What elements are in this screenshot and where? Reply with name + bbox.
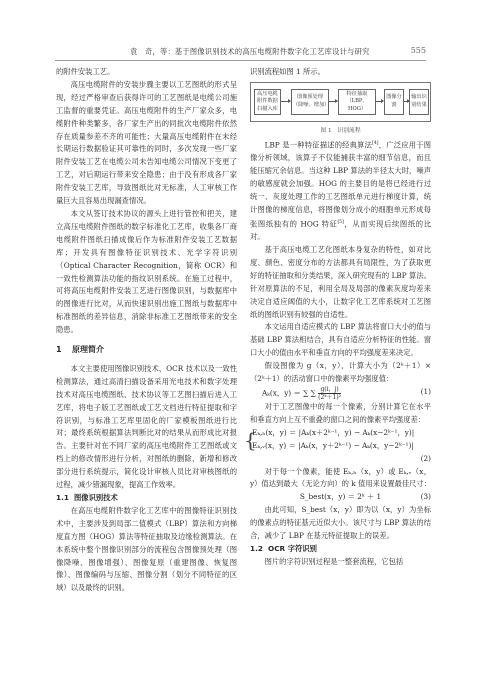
paragraph: 图片的字符识别过程是一整套流程，它包括 <box>250 556 431 569</box>
equation-3: S_best(x，y) ＝ 2ᵏ ＋ 1 (3) <box>250 491 431 504</box>
paragraph: 由此可知，S_best（x，y）即为以（x，y）为坐标的像素点的特征基元近似大小… <box>250 504 431 543</box>
paragraph: 高压电缆附件的安装步骤主要以工艺图纸的形式呈现，经过严格审查后获得许可的工艺图纸… <box>56 79 237 208</box>
paragraph: 假设图像为 g（x，y），计算大小为（2ᵏ＋1）×（2ᵏ＋1）的活动窗口中的像素… <box>250 360 431 386</box>
paragraph: 本文从签订技术协议的源头上进行管控和把关，建立高压电缆附件图纸的数字标准化工艺库… <box>56 208 237 337</box>
equation-2: { Eₖ,ₕ(x，y) ＝ |Aₖ(x＋2ᵏ⁻¹，y) − Aₖ(x−2ᵏ⁻¹，… <box>250 427 431 466</box>
paragraph: 对于工艺图像中的每一个像素，分别计算它在水平和垂直方向上互不重叠的窗口之间的像素… <box>250 401 431 427</box>
equation-line: Eₖ,ₕ(x，y) ＝ |Aₖ(x＋2ᵏ⁻¹，y) − Aₖ(x−2ᵏ⁻¹，y)… <box>252 427 431 440</box>
section-number: 1.1 <box>56 492 74 505</box>
text-run: LBP 是一种特征描述的经典算法 <box>265 140 373 149</box>
arrow-icon <box>329 101 337 102</box>
paragraph: 对于每一个像素，能使 Eₖ,ₕ（x，y）或 Eₖ,ᵥ（x，y）值达到最大（无论方… <box>250 466 431 492</box>
section-title: 原理简介 <box>72 345 104 354</box>
section-heading-1-2: 1.2OCR 字符识别 <box>250 543 431 556</box>
flow-box-output: 输出识别结果 <box>409 89 429 115</box>
figure-caption: 图 1 识别流程 <box>250 126 431 136</box>
equation-number: (1) <box>421 386 431 399</box>
paragraph: 基于高压电缆工艺化图纸本身复杂的特性，如对比度、颜色、密度分布的方法都具有局限性… <box>250 244 431 321</box>
right-column: 识别流程如图 1 所示。 高压电缆附件数据扫描入库 图像预处理（降噪、增加） 特… <box>250 66 431 569</box>
equation-fraction: g(i，j)(2ᵏ＋1)² <box>318 386 341 401</box>
running-header: 袁 奇，等：基于图像识别技术的高压电缆附件数字化工艺库设计与研究 555 <box>55 47 426 61</box>
equation-number: (2) <box>252 453 431 466</box>
text-run: ，广泛应用于图像分析领域，该算子不仅能捕获丰富的细节信息，而且能压缩冗余信息。当… <box>250 140 431 228</box>
section-heading-1: 1原理简介 <box>56 344 237 357</box>
paragraph: 本文运用自适应模式的 LBP 算法将窗口大小的值与基础 LBP 算法相结合，具有… <box>250 321 431 360</box>
flow-box-feature-extraction: 特征抽取（LBP、HOG） <box>338 89 376 115</box>
section-heading-1-1: 1.1图像识别技术 <box>56 492 237 505</box>
flow-box-scan-input: 高压电缆附件数据扫描入库 <box>254 89 281 115</box>
left-column: 的附件安装工艺。 高压电缆附件的安装步骤主要以工艺图纸的形式呈现，经过严格审查后… <box>56 66 237 595</box>
equation-expr: S_best(x，y) ＝ 2ᵏ ＋ 1 <box>300 492 381 501</box>
numerator: g(i，j) <box>318 386 341 394</box>
section-number: 1 <box>56 344 72 357</box>
equation-1: Aₖ(x，y) ＝ ∑ ∑ g(i，j)(2ᵏ＋1)² (1) <box>250 386 431 401</box>
running-title: 袁 奇，等：基于图像识别技术的高压电缆附件数字化工艺库设计与研究 <box>130 47 370 57</box>
denominator: (2ᵏ＋1)² <box>318 394 341 401</box>
header-rule <box>55 60 426 61</box>
page-number: 555 <box>411 46 426 55</box>
paragraph: LBP 是一种特征描述的经典算法[4]，广泛应用于图像分析领域，该算子不仅能捕获… <box>250 138 431 244</box>
equation-number: (3) <box>421 491 431 504</box>
section-number: 1.2 <box>250 543 268 556</box>
figure-1-flowchart: 高压电缆附件数据扫描入库 图像预处理（降噪、增加） 特征抽取（LBP、HOG） … <box>250 82 431 122</box>
section-title: 图像识别技术 <box>74 493 118 502</box>
flow-box-preprocess: 图像预处理（降噪、增加） <box>291 89 329 115</box>
equation-lhs: Aₖ(x，y) ＝ ∑ ∑ <box>262 388 316 397</box>
arrow-icon <box>281 101 290 102</box>
flow-box-segmentation: 图像分割 <box>384 89 404 115</box>
section-title: OCR 字符识别 <box>268 544 317 553</box>
paragraph: 在高压电缆附件数字化工艺库中的图像特征识别技术中，主要涉及到局部二值模式（LBP… <box>56 505 237 595</box>
equation-line: Eₖ,ᵥ(x，y) ＝ |Aₖ(x，y＋2ᵏ⁻¹) − Aₖ(x，y−2ᵏ⁻¹)… <box>252 440 431 453</box>
arrow-icon <box>376 101 383 102</box>
paragraph: 本文主要使用图像识别技术、OCR 技术以及一致性检测算法，通过高清扫描设备采用光… <box>56 363 237 492</box>
paragraph: 的附件安装工艺。 <box>56 66 237 79</box>
paragraph: 识别流程如图 1 所示。 <box>250 66 431 79</box>
